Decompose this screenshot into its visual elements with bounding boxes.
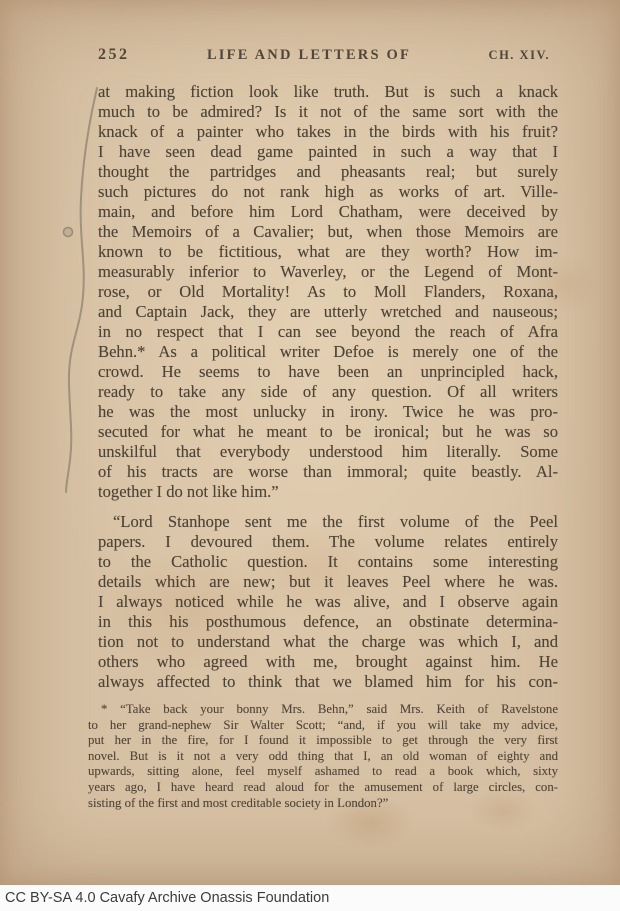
text-line: tion not to understand what the charge w… [98, 632, 558, 652]
paragraph-1: at making fiction look like truth. But i… [98, 82, 558, 502]
text-line: knack of a painter who takes in the bird… [98, 122, 558, 142]
text-line: papers. I devoured them. The volume rela… [98, 532, 558, 552]
text-line: at making fiction look like truth. But i… [98, 82, 558, 102]
footnote-line: upwards, sitting alone, feel myself asha… [88, 764, 558, 780]
text-line: I always noticed while he was alive, and… [98, 592, 558, 612]
text-line: others who agreed with me, brought again… [98, 652, 558, 672]
text-line: details which are new; but it leaves Pee… [98, 572, 558, 592]
text-line: such pictures do not rank high as works … [98, 182, 558, 202]
text-line: main, and before him Lord Chatham, were … [98, 202, 558, 222]
text-line: known to be fictitious, what are they wo… [98, 242, 558, 262]
paragraph-2: “Lord Stanhope sent me the first volume … [98, 512, 558, 692]
text-line: thought the partridges and pheasants rea… [98, 162, 558, 182]
footnote: * “Take back your bonny Mrs. Behn,” said… [88, 702, 558, 811]
footnote-line: put her in the fire, for I found it impo… [88, 733, 558, 749]
license-caption: CC BY-SA 4.0 Cavafy Archive Onassis Foun… [0, 885, 620, 911]
text-line: rose, or Old Mortality! As to Moll Fland… [98, 282, 558, 302]
text-line: in no respect that I can see beyond the … [98, 322, 558, 342]
screenshot-root: 252 LIFE AND LETTERS OF CH. XIV. at maki… [0, 0, 620, 911]
text-line: Behn.* As a political writer Defoe is me… [98, 342, 558, 362]
footnote-line: novel. But is it not a very odd thing th… [88, 749, 558, 765]
text-block: at making fiction look like truth. But i… [98, 82, 558, 692]
text-line: “Lord Stanhope sent me the first volume … [98, 512, 558, 532]
license-text: CC BY-SA 4.0 Cavafy Archive Onassis Foun… [5, 890, 329, 906]
text-line: unskilful that everybody understood him … [98, 442, 558, 462]
footnote-line: years ago, I have heard read aloud for t… [88, 780, 558, 796]
scanned-book-page: 252 LIFE AND LETTERS OF CH. XIV. at maki… [0, 0, 620, 885]
text-line: together I do not like him.” [98, 482, 558, 502]
footnote-line: to her grand-nephew Sir Walter Scott; “a… [88, 718, 558, 734]
text-line: secuted for what he meant to be ironical… [98, 422, 558, 442]
text-line: of his tracts are worse than immoral; qu… [98, 462, 558, 482]
text-line: crowd. He seems to have been an unprinci… [98, 362, 558, 382]
text-line: the Memoirs of a Cavalier; but, when tho… [98, 222, 558, 242]
pencil-circle-annotation [64, 228, 73, 237]
page-number: 252 [98, 46, 130, 64]
text-line: ready to take any side of any question. … [98, 382, 558, 402]
footnote-line: * “Take back your bonny Mrs. Behn,” said… [88, 702, 558, 718]
text-line: always affected to think that we blamed … [98, 672, 558, 692]
text-line: I have seen dead game painted in such a … [98, 142, 558, 162]
footnote-line: sisting of the first and most creditable… [88, 796, 558, 812]
text-line: much to be admired? Is it not of the sam… [98, 102, 558, 122]
text-line: he was the most unlucky in irony. Twice … [98, 402, 558, 422]
text-line: and Captain Jack, they are utterly wretc… [98, 302, 558, 322]
page-header: 252 LIFE AND LETTERS OF CH. XIV. [98, 46, 550, 64]
text-line: in this his posthumous defence, an obsti… [98, 612, 558, 632]
running-title: LIFE AND LETTERS OF [207, 47, 411, 64]
text-line: measurably inferior to Waverley, or the … [98, 262, 558, 282]
text-line: to the Catholic question. It contains so… [98, 552, 558, 572]
pencil-line-annotation [66, 88, 97, 492]
chapter-heading: CH. XIV. [489, 48, 550, 63]
